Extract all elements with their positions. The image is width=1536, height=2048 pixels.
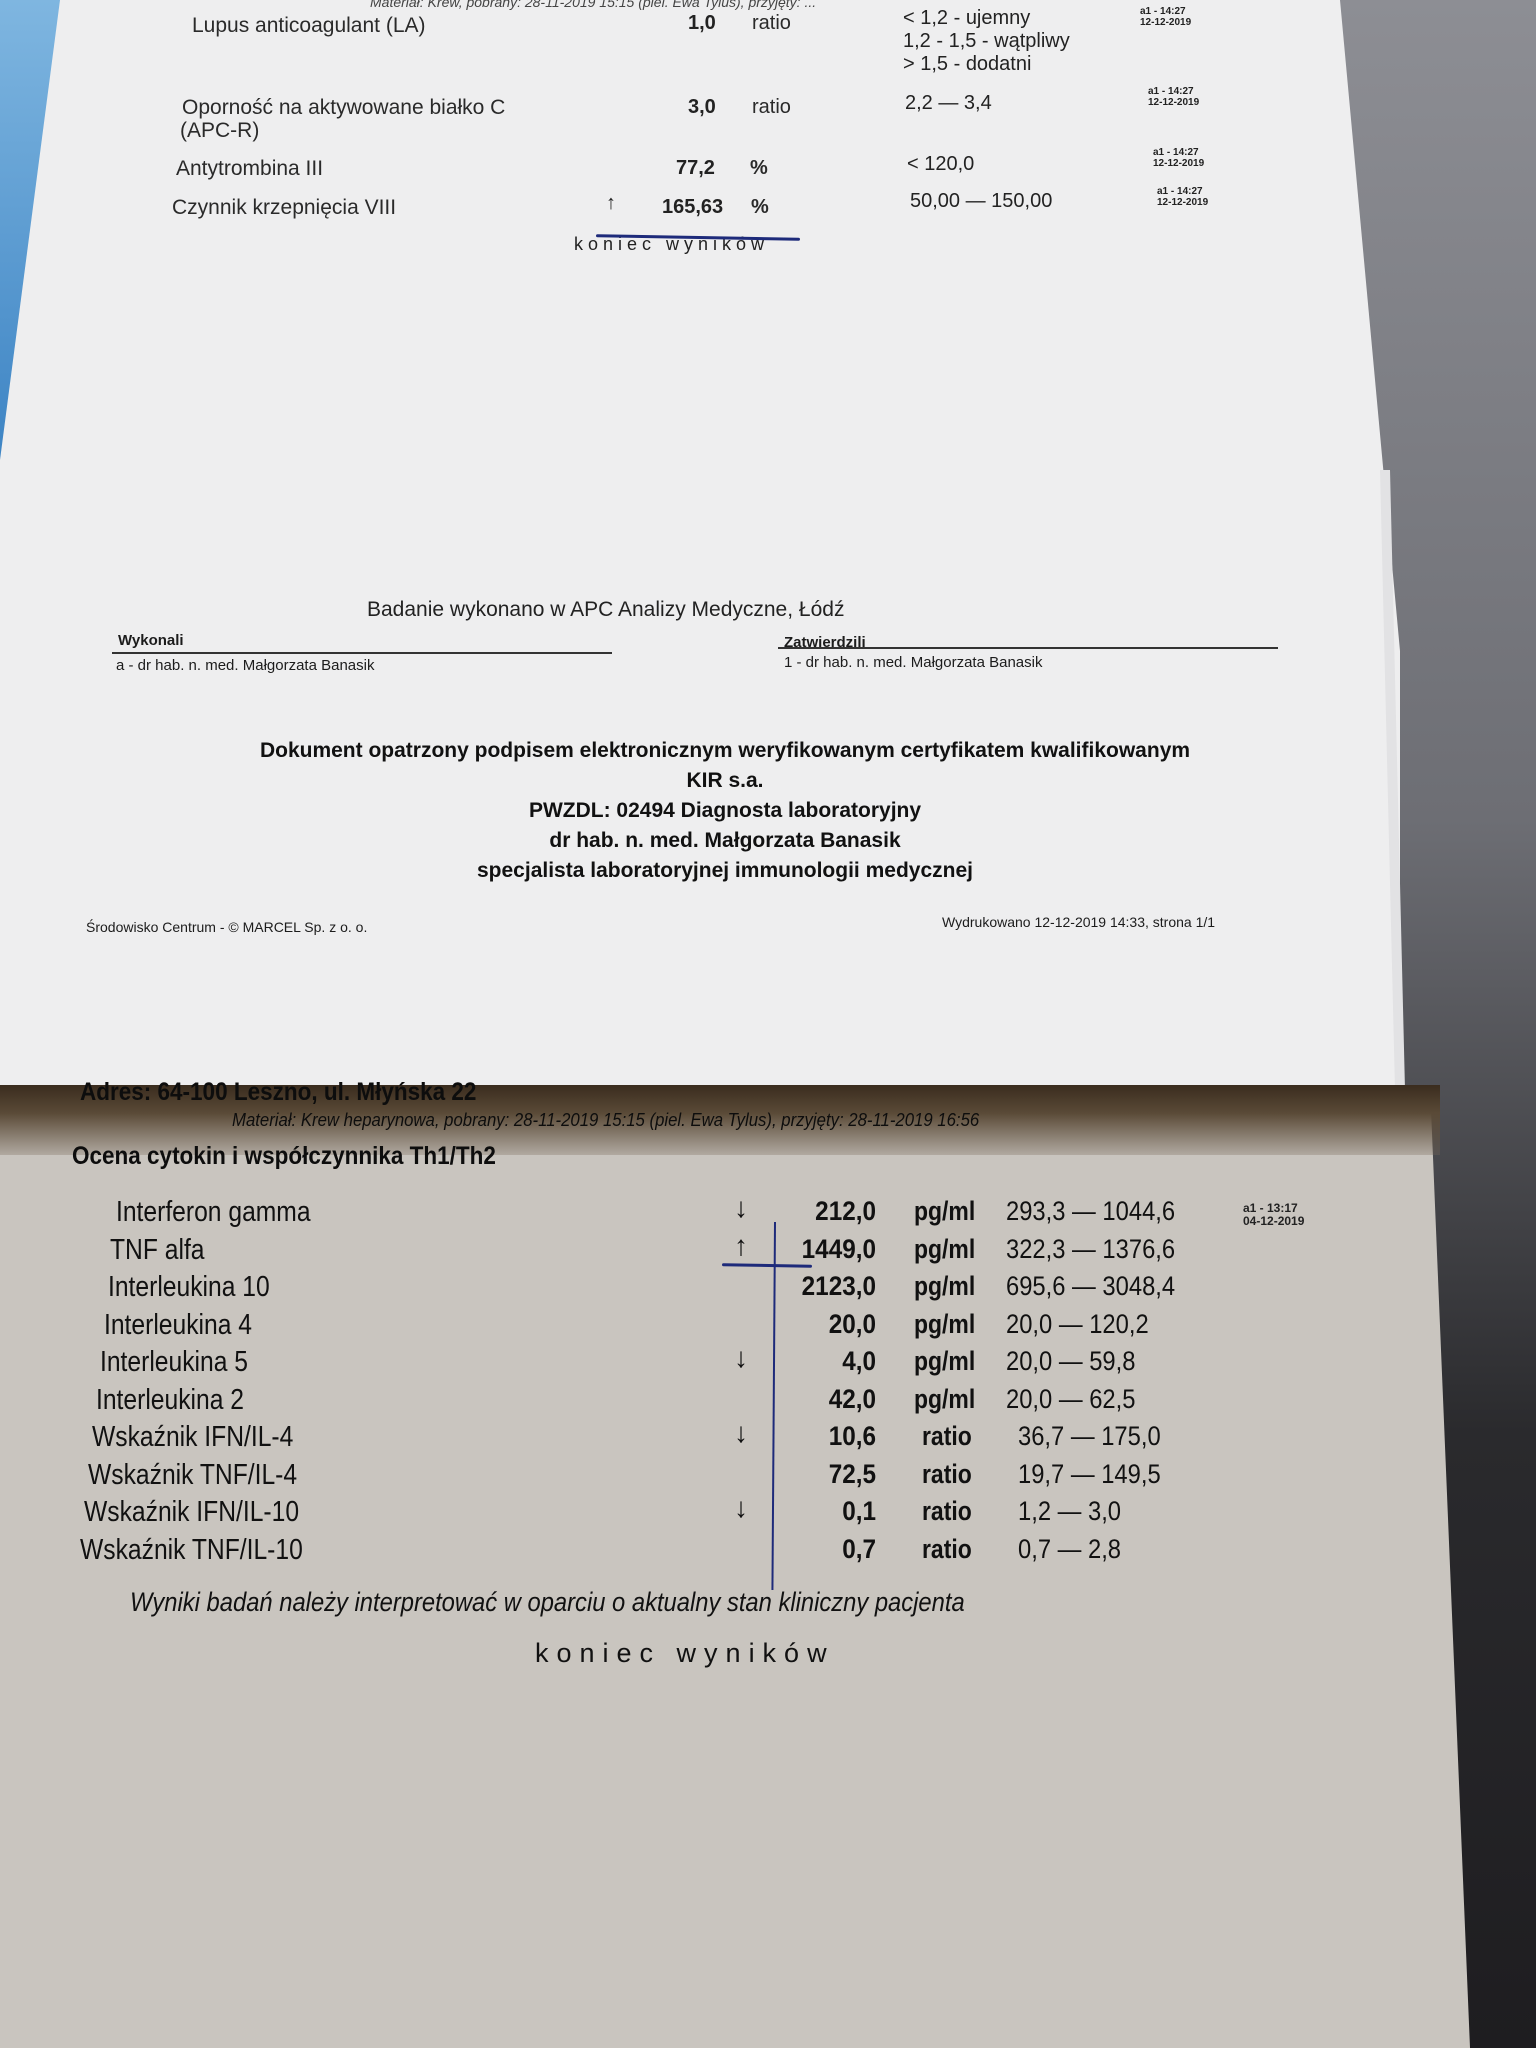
result-name-line2: (APC-R) [180,119,259,143]
result-name: Oporność na aktywowane białko C [182,96,505,120]
divider [112,652,612,654]
reference-range: 2,2 — 3,4 [905,92,992,115]
result-name: TNF alfa [110,1234,205,1267]
result-unit: ratio [752,96,791,119]
material-header: Materiał: Krew, pobrany: 28-11-2019 15:1… [370,0,816,10]
result-value: 1,0 [688,12,716,35]
performed-at: Badanie wykonano w APC Analizy Medyczne,… [367,598,844,622]
result-unit: pg/ml [914,1309,975,1340]
reference-range: 293,3 — 1044,6 [1006,1196,1175,1227]
section-title: Ocena cytokin i współczynnika Th1/Th2 [72,1142,496,1171]
performed-by-label: Wykonali [118,632,184,649]
patient-address: Adres: 64-100 Leszno, ul. Młyńska 22 [80,1078,476,1107]
result-unit: ratio [922,1421,972,1452]
result-unit: % [750,157,768,180]
result-name: Wskaźnik IFN/IL-10 [84,1496,299,1529]
result-unit: ratio [752,12,791,35]
flag-icon: ↓ [734,1417,748,1449]
timestamp: a1 - 14:2712-12-2019 [1148,86,1199,108]
result-name: Wskaźnik TNF/IL-4 [88,1459,297,1492]
result-unit: % [751,196,769,219]
result-value: 165,63 [662,196,723,219]
reference-range: 50,00 — 150,00 [910,190,1052,213]
result-value: 77,2 [676,157,715,180]
footer-right: Wydrukowano 12-12-2019 14:33, strona 1/1 [942,914,1215,930]
reference-range: 19,7 — 149,5 [1018,1459,1161,1490]
end-of-results: koniec wyników [535,1638,835,1669]
reference-range: 1,2 - 1,5 - wątpliwy [903,30,1070,53]
result-value: 2123,0 [759,1271,876,1302]
reference-range: 20,0 — 62,5 [1006,1384,1135,1415]
reference-range: < 1,2 - ujemny [903,7,1030,30]
result-value: 72,5 [759,1459,876,1490]
timestamp: a1 - 14:2712-12-2019 [1140,6,1191,28]
result-name: Interferon gamma [116,1196,311,1229]
timestamp: a1 - 14:2712-12-2019 [1157,186,1208,208]
result-name: Interleukina 2 [96,1384,244,1417]
result-unit: pg/ml [914,1196,975,1227]
reference-range: 0,7 — 2,8 [1018,1534,1121,1565]
approved-by: 1 - dr hab. n. med. Małgorzata Banasik [784,654,1042,671]
flag-icon: ↑ [734,1230,748,1262]
reference-range: < 120,0 [907,153,974,176]
result-value: 212,0 [759,1196,876,1227]
material-info: Materiał: Krew heparynowa, pobrany: 28-1… [232,1110,979,1131]
result-value: 10,6 [759,1421,876,1452]
result-value: 4,0 [759,1346,876,1377]
result-name: Lupus anticoagulant (LA) [192,14,426,38]
reference-range: 322,3 — 1376,6 [1006,1234,1175,1265]
result-name: Antytrombina III [176,157,323,181]
interpretation-note: Wyniki badań należy interpretować w opar… [130,1587,965,1618]
reference-range: 695,6 — 3048,4 [1006,1271,1175,1302]
result-value: 0,1 [759,1496,876,1527]
performed-by: a - dr hab. n. med. Małgorzata Banasik [116,657,374,674]
flag-icon: ↓ [734,1342,748,1374]
result-unit: pg/ml [914,1346,975,1377]
result-name: Czynnik krzepnięcia VIII [172,196,396,220]
result-value: 1449,0 [759,1234,876,1265]
flag-icon: ↓ [734,1192,748,1224]
signature-block: Dokument opatrzony podpisem elektroniczn… [0,736,1450,886]
reference-range: 36,7 — 175,0 [1018,1421,1161,1452]
result-unit: ratio [922,1496,972,1527]
reference-range: > 1,5 - dodatni [903,53,1031,76]
timestamp: a1 - 14:2712-12-2019 [1153,147,1204,169]
result-value: 42,0 [759,1384,876,1415]
flag-high-icon: ↑ [606,192,616,215]
reference-range: 1,2 — 3,0 [1018,1496,1121,1527]
result-unit: pg/ml [914,1271,975,1302]
timestamp: a1 - 13:1704-12-2019 [1243,1202,1304,1228]
result-name: Interleukina 5 [100,1346,248,1379]
result-value: 0,7 [759,1534,876,1565]
flag-icon: ↓ [734,1492,748,1524]
result-unit: ratio [922,1534,972,1565]
result-name: Wskaźnik TNF/IL-10 [80,1534,303,1567]
result-value: 20,0 [759,1309,876,1340]
footer-left: Środowisko Centrum - © MARCEL Sp. z o. o… [86,919,367,935]
reference-range: 20,0 — 59,8 [1006,1346,1135,1377]
result-name: Interleukina 4 [104,1309,252,1342]
result-unit: pg/ml [914,1234,975,1265]
divider [778,647,1278,649]
reference-range: 20,0 — 120,2 [1006,1309,1149,1340]
result-unit: pg/ml [914,1384,975,1415]
result-unit: ratio [922,1459,972,1490]
result-value: 3,0 [688,96,716,119]
result-name: Interleukina 10 [108,1271,270,1304]
result-name: Wskaźnik IFN/IL-4 [92,1421,293,1454]
